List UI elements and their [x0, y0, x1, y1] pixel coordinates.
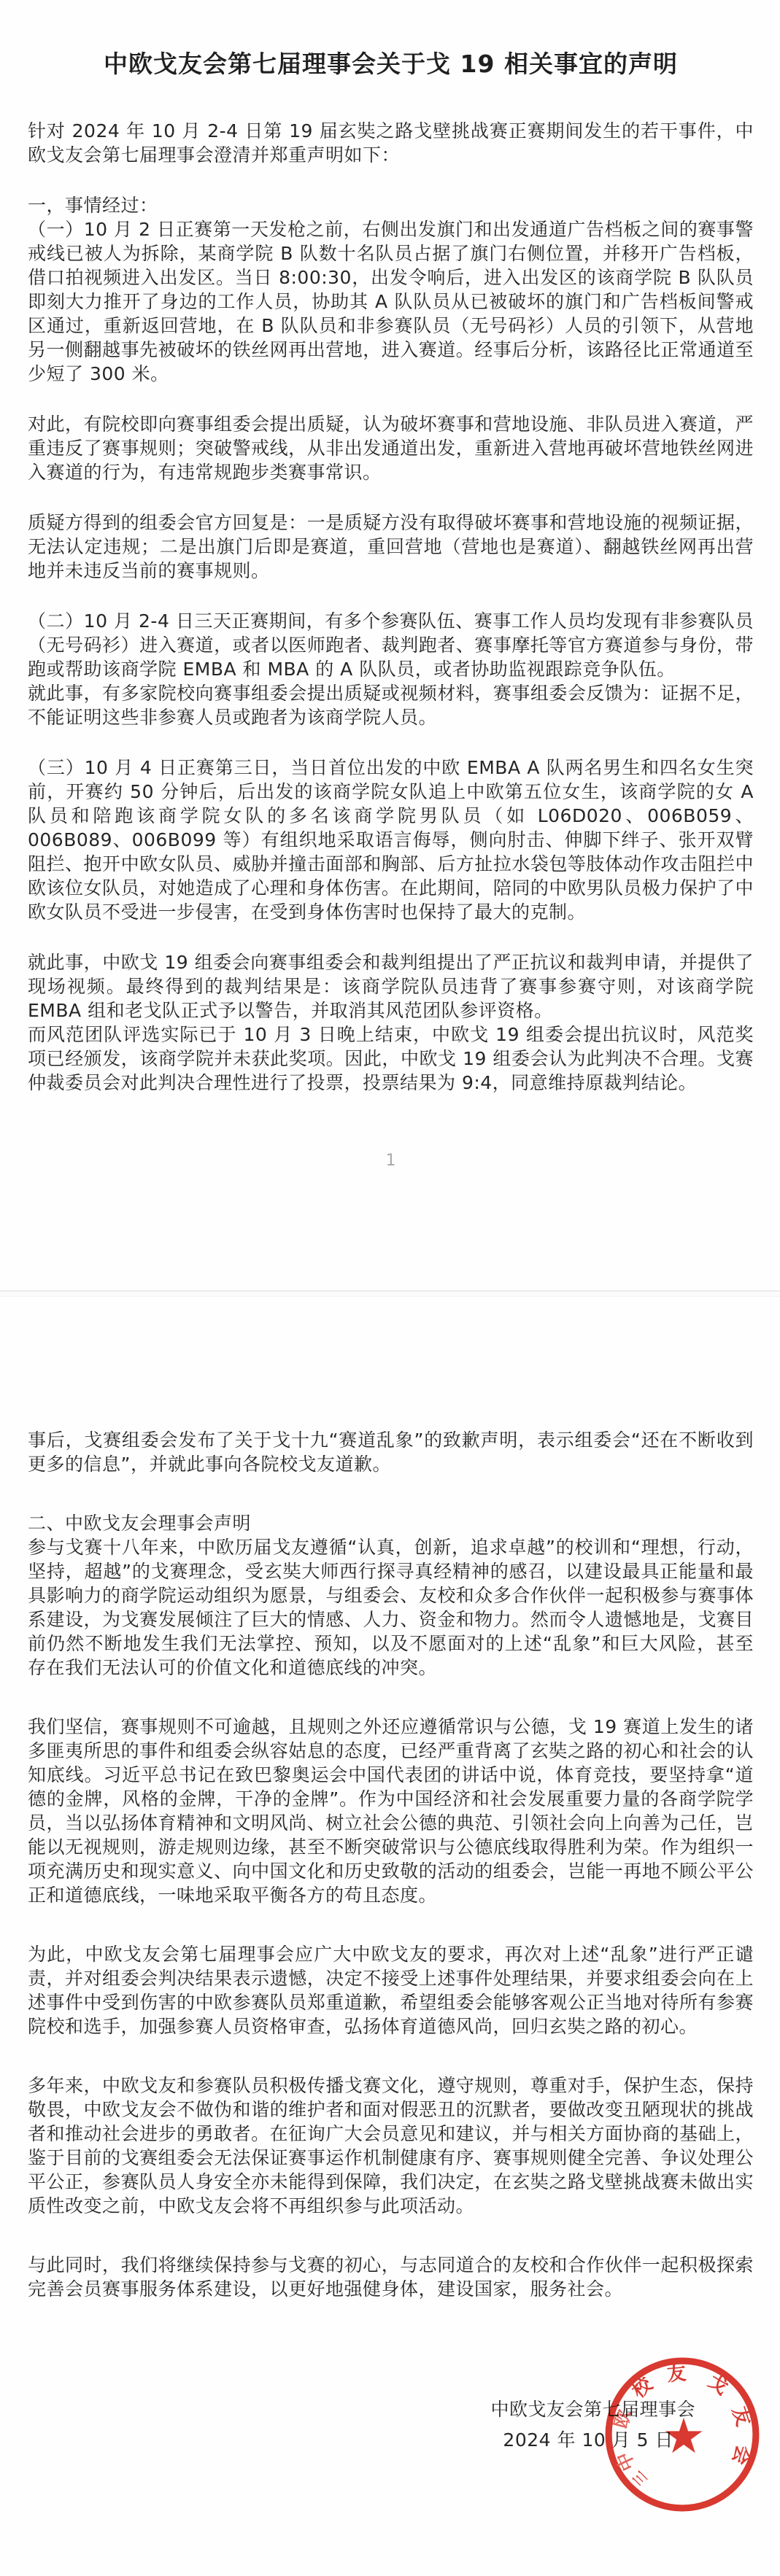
official-seal: ★ 中 欧 校 友 戈 友 会 三 — [601, 2353, 763, 2515]
paragraph-protest: 就此事，中欧戈 19 组委会向赛事组委会和裁判组提出了严正抗议和裁判申请，并提供… — [28, 950, 754, 1023]
paragraph-history: 参与戈赛十八年来，中欧历届戈友遵循“认真，创新，追求卓越”的校训和“理想，行动，… — [28, 1535, 754, 1680]
intro-paragraph: 针对 2024 年 10 月 2-4 日第 19 届玄奘之路戈壁挑战赛正赛期间发… — [28, 119, 754, 167]
page-1: 中欧戈友会第七届理事会关于戈 19 相关事宜的声明 针对 2024 年 10 月… — [0, 0, 780, 1290]
paragraph-condemnation: 为此，中欧戈友会第七届理事会应广大中欧戈友的要求，再次对上述“乱象”进行严正谴责… — [28, 1942, 754, 2038]
seal-star-icon: ★ — [662, 2408, 706, 2464]
seal-char: 友 — [666, 2362, 688, 2386]
paragraph-objection: 对此，有院校即向赛事组委会提出质疑，认为破坏赛事和营地设施、非队员进入赛道，严重… — [28, 412, 754, 484]
page-2: 事后，戈赛组委会发布了关于戈十九“赛道乱象”的致歉声明，表示组委会“还在不断收到… — [0, 1297, 780, 2456]
section-1-heading: 一，事情经过： — [28, 193, 754, 217]
seal-char: 会 — [727, 2443, 754, 2467]
paragraph-item-2-feedback: 就此事，有多家院校向赛事组委会提出质疑或视频材料，赛事组委会反馈为：证据不足，不… — [28, 681, 754, 729]
paragraph-item-1: （一）10 月 2 日正赛第一天发枪之前，右侧出发旗门和出发通道广告档板之间的赛… — [28, 217, 754, 386]
signature-organization: 中欧戈友会第七届理事会 — [28, 2394, 695, 2425]
paragraph-closing: 与此同时，我们将继续保持参与戈赛的初心，与志同道合的友校和合作伙伴一起积极探索完… — [28, 2253, 754, 2301]
page-number: 1 — [28, 1152, 754, 1170]
paragraph-item-2: （二）10 月 2-4 日三天正赛期间，有多个参赛队伍、赛事工作人员均发现有非参… — [28, 609, 754, 681]
section-2-heading: 二、中欧戈友会理事会声明 — [28, 1511, 754, 1535]
seal-char: 欧 — [610, 2407, 636, 2431]
seal-mark: 三 — [630, 2468, 651, 2488]
paragraph-decision: 多年来，中欧戈友和参赛队员积极传播戈赛文化，遵守规则，尊重对手，保护生态，保持敬… — [28, 2073, 754, 2218]
paragraph-item-3: （三）10 月 4 日正赛第三日，当日首位出发的中欧 EMBA A 队两名男生和… — [28, 756, 754, 924]
page-title: 中欧戈友会第七届理事会关于戈 19 相关事宜的声明 — [28, 45, 754, 79]
paragraph-belief: 我们坚信，赛事规则不可逾越，且规则之外还应遵循常识与公德，戈 19 赛道上发生的… — [28, 1715, 754, 1907]
statement-document: 中欧戈友会第七届理事会关于戈 19 相关事宜的声明 针对 2024 年 10 月… — [0, 0, 780, 2576]
signature-date: 2024 年 10 月 5 日 — [28, 2425, 695, 2456]
paragraph-apology-statement: 事后，戈赛组委会发布了关于戈十九“赛道乱象”的致歉声明，表示组委会“还在不断收到… — [28, 1428, 754, 1476]
page-separator — [0, 1290, 780, 1297]
paragraph-arbitration: 而风范团队评选实际已于 10 月 3 日晚上结束，中欧戈 19 组委会提出抗议时… — [28, 1023, 754, 1095]
paragraph-official-reply: 质疑方得到的组委会官方回复是：一是质疑方没有取得破坏赛事和营地设施的视频证据，无… — [28, 511, 754, 583]
